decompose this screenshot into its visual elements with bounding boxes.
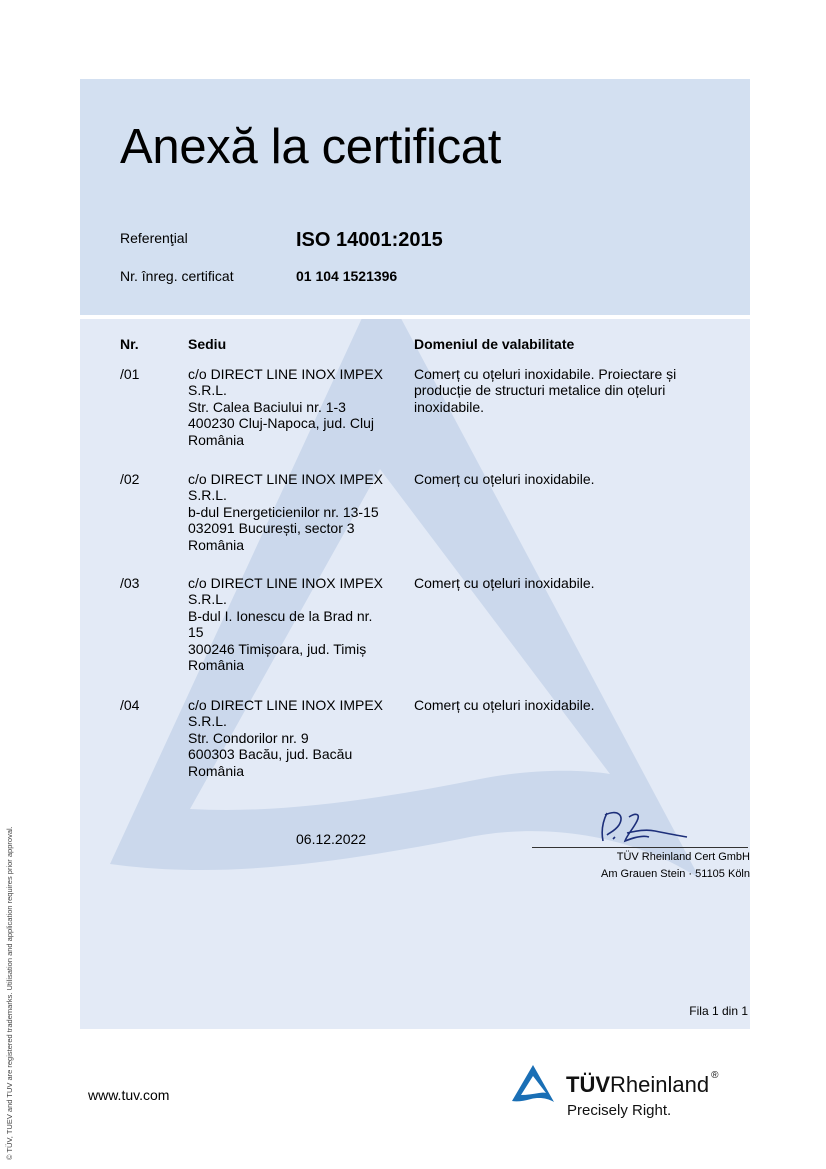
address-line: S.R.L. — [188, 487, 408, 503]
address-line: Str. Calea Baciului nr. 1-3 — [188, 399, 408, 415]
certificate-body: Nr. Sediu Domeniul de valabilitate /01 c… — [80, 319, 750, 1029]
row-scope: Comerț cu oțeluri inoxidabile. Proiectar… — [414, 366, 714, 415]
scope-line: inoxidabile. — [414, 399, 714, 415]
row-scope: Comerț cu oțeluri inoxidabile. — [414, 575, 714, 591]
tuv-triangle-watermark-icon — [80, 319, 750, 1029]
scope-line: Comerț cu oțeluri inoxidabile. — [414, 575, 714, 591]
scope-line: Comerț cu oțeluri inoxidabile. Proiectar… — [414, 366, 714, 382]
signature-line — [532, 847, 748, 848]
address-line: c/o DIRECT LINE INOX IMPEX — [188, 697, 408, 713]
website-link[interactable]: www.tuv.com — [88, 1087, 169, 1103]
address-line: S.R.L. — [188, 382, 408, 398]
standard-label: Referenţial — [120, 230, 188, 246]
address-line: c/o DIRECT LINE INOX IMPEX — [188, 575, 408, 591]
row-number: /03 — [120, 575, 139, 591]
address-line: 032091 București, sector 3 — [188, 520, 408, 536]
address-line: România — [188, 432, 408, 448]
address-line: 600303 Bacău, jud. Bacău — [188, 746, 408, 762]
tuv-rheinland-logo: TÜVRheinland® Precisely Right. — [511, 1064, 761, 1124]
page-title: Anexă la certificat — [120, 119, 501, 175]
row-address: c/o DIRECT LINE INOX IMPEX S.R.L. B-dul … — [188, 575, 408, 673]
row-address: c/o DIRECT LINE INOX IMPEX S.R.L. Str. C… — [188, 697, 408, 779]
address-line: S.R.L. — [188, 591, 408, 607]
issuer-company: TÜV Rheinland Cert GmbH — [550, 851, 750, 863]
address-line: S.R.L. — [188, 713, 408, 729]
brand-rest: Rheinland — [610, 1072, 709, 1097]
scope-line: Comerț cu oțeluri inoxidabile. — [414, 471, 714, 487]
page-indicator: Fila 1 din 1 — [689, 1004, 748, 1018]
address-line: 300246 Timișoara, jud. Timiș — [188, 641, 408, 657]
row-number: /01 — [120, 366, 139, 382]
tuv-triangle-logo-icon — [511, 1064, 555, 1104]
row-address: c/o DIRECT LINE INOX IMPEX S.R.L. Str. C… — [188, 366, 408, 448]
row-scope: Comerț cu oțeluri inoxidabile. — [414, 697, 714, 713]
scope-line: Comerț cu oțeluri inoxidabile. — [414, 697, 714, 713]
standard-value: ISO 14001:2015 — [296, 229, 443, 252]
brand-tagline: Precisely Right. — [567, 1102, 671, 1119]
address-line: România — [188, 763, 408, 779]
address-line: B-dul I. Ionescu de la Brad nr. — [188, 608, 408, 624]
row-number: /02 — [120, 471, 139, 487]
trademark-note: © TÜV, TUEV and TUV are registered trade… — [5, 826, 14, 1160]
column-header-domeniu: Domeniul de valabilitate — [414, 336, 574, 352]
brand-bold: TÜV — [566, 1072, 610, 1097]
row-number: /04 — [120, 697, 139, 713]
address-line: 15 — [188, 624, 408, 640]
scope-line: producție de structuri metalice din oțel… — [414, 382, 714, 398]
address-line: Str. Condorilor nr. 9 — [188, 730, 408, 746]
address-line: 400230 Cluj-Napoca, jud. Cluj — [188, 415, 408, 431]
registration-label: Nr. înreg. certificat — [120, 268, 234, 284]
address-line: România — [188, 537, 408, 553]
address-line: b-dul Energeticienilor nr. 13-15 — [188, 504, 408, 520]
address-line: România — [188, 657, 408, 673]
column-header-nr: Nr. — [120, 336, 139, 352]
certificate-header: Anexă la certificat Referenţial ISO 1400… — [80, 79, 750, 315]
registration-value: 01 104 1521396 — [296, 268, 397, 284]
row-address: c/o DIRECT LINE INOX IMPEX S.R.L. b-dul … — [188, 471, 408, 553]
issue-date: 06.12.2022 — [296, 831, 366, 847]
address-line: c/o DIRECT LINE INOX IMPEX — [188, 471, 408, 487]
row-scope: Comerț cu oțeluri inoxidabile. — [414, 471, 714, 487]
registered-mark: ® — [711, 1070, 718, 1081]
brand-name: TÜVRheinland® — [566, 1072, 718, 1098]
column-header-sediu: Sediu — [188, 336, 226, 352]
issuer-address: Am Grauen Stein · 51105 Köln — [530, 868, 750, 880]
address-line: c/o DIRECT LINE INOX IMPEX — [188, 366, 408, 382]
signature-icon — [595, 807, 695, 851]
